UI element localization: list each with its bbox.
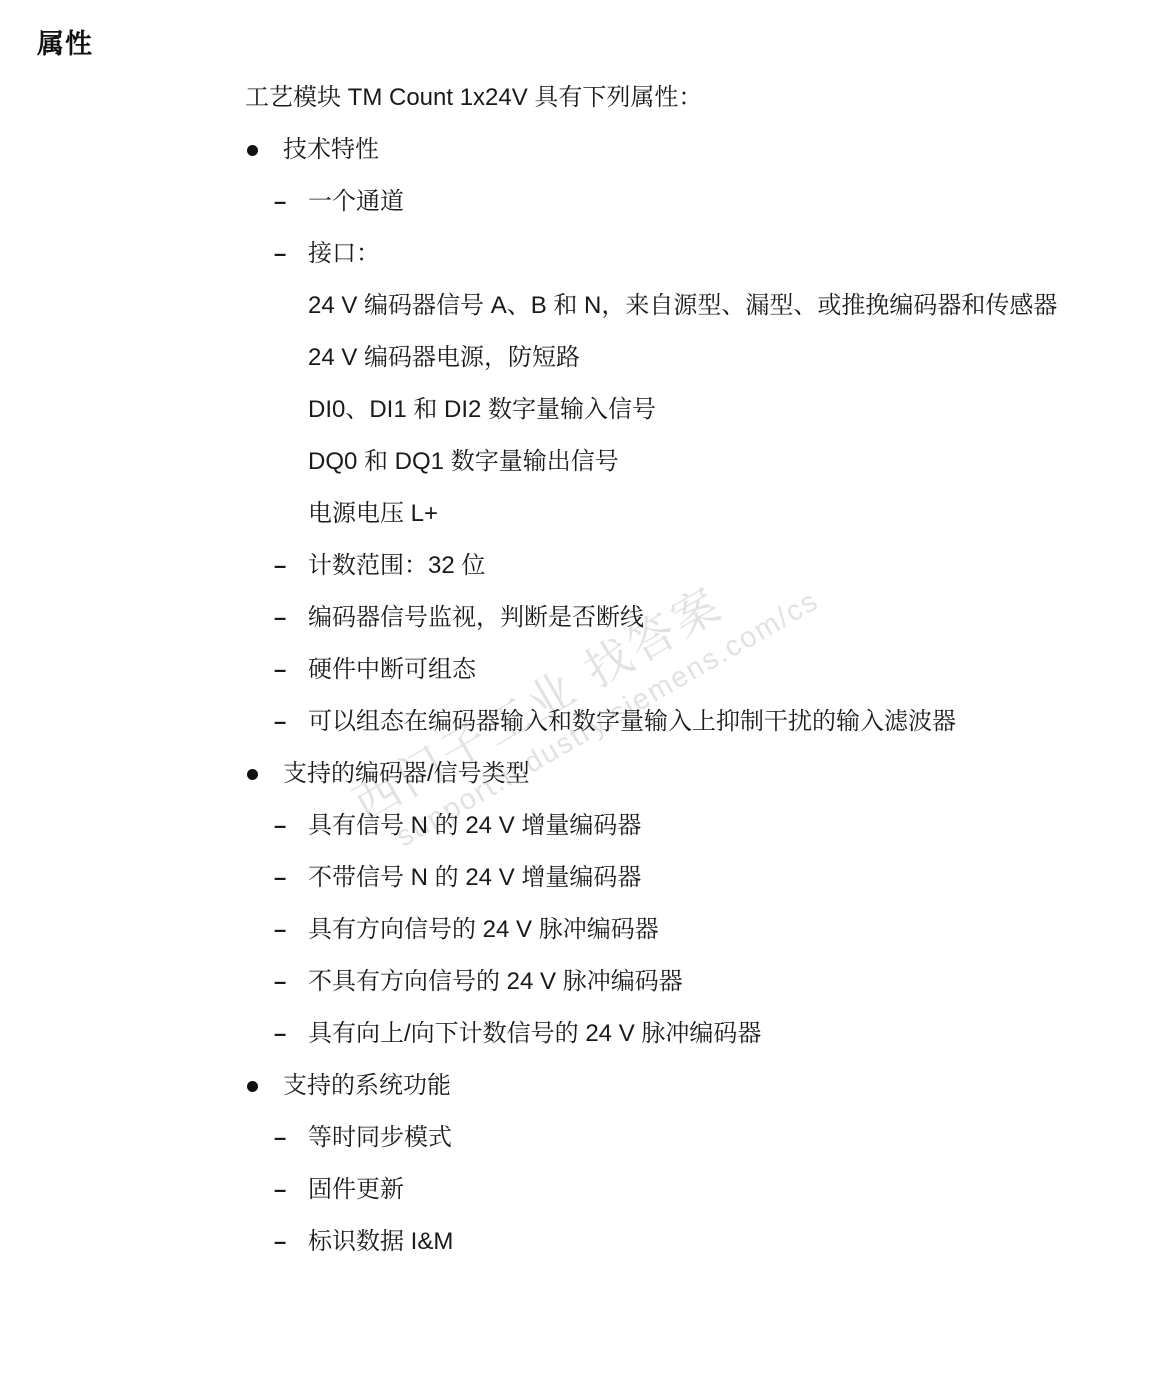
page-title: 属性 — [37, 22, 93, 61]
dash-icon: – — [274, 800, 286, 852]
list-item: DQ0 和 DQ1 数字量输出信号 — [245, 436, 1125, 488]
list-item-text: 等时同步模式 — [308, 1124, 452, 1151]
list-item: –等时同步模式 — [245, 1112, 1125, 1164]
list-item: –接口： — [245, 228, 1125, 280]
dash-icon: – — [274, 1112, 286, 1164]
dash-icon: – — [274, 228, 286, 280]
document-page: 属性 西门子工业 找答案 support.industry.siemens.co… — [0, 0, 1170, 1376]
list-item: 24 V 编码器电源，防短路 — [245, 332, 1125, 384]
list-item-text: DQ0 和 DQ1 数字量输出信号 — [308, 448, 619, 475]
list-item-text: 具有信号 N 的 24 V 增量编码器 — [308, 812, 641, 839]
content-list: 工艺模块 TM Count 1x24V 具有下列属性：技术特性–一个通道–接口：… — [245, 72, 1125, 1268]
list-item: 24 V 编码器信号 A、B 和 N，来自源型、漏型、或推挽编码器和传感器 — [245, 280, 1125, 332]
dash-icon: – — [274, 540, 286, 592]
dash-icon: – — [274, 956, 286, 1008]
list-item-text: 一个通道 — [308, 188, 404, 215]
dash-icon: – — [274, 592, 286, 644]
list-item: –具有信号 N 的 24 V 增量编码器 — [245, 800, 1125, 852]
list-item-text: 硬件中断可组态 — [308, 656, 476, 683]
list-item: 支持的系统功能 — [245, 1060, 1125, 1112]
list-item: –一个通道 — [245, 176, 1125, 228]
list-item-text: 技术特性 — [283, 136, 379, 163]
list-item-text: 标识数据 I&M — [308, 1228, 453, 1255]
list-item-text: 支持的编码器/信号类型 — [283, 760, 530, 787]
list-item-text: 具有向上/向下计数信号的 24 V 脉冲编码器 — [308, 1020, 761, 1047]
list-item-text: 支持的系统功能 — [283, 1072, 451, 1099]
dash-icon: – — [274, 1008, 286, 1060]
list-item: –具有方向信号的 24 V 脉冲编码器 — [245, 904, 1125, 956]
list-item: –具有向上/向下计数信号的 24 V 脉冲编码器 — [245, 1008, 1125, 1060]
list-item: –固件更新 — [245, 1164, 1125, 1216]
list-item-text: 固件更新 — [308, 1176, 404, 1203]
list-item: –硬件中断可组态 — [245, 644, 1125, 696]
list-item: –不具有方向信号的 24 V 脉冲编码器 — [245, 956, 1125, 1008]
dash-icon: – — [274, 852, 286, 904]
list-item-text: 24 V 编码器信号 A、B 和 N，来自源型、漏型、或推挽编码器和传感器 — [308, 292, 1057, 319]
dash-icon: – — [274, 696, 286, 748]
list-item: 支持的编码器/信号类型 — [245, 748, 1125, 800]
list-item: DI0、DI1 和 DI2 数字量输入信号 — [245, 384, 1125, 436]
list-item-text: 不具有方向信号的 24 V 脉冲编码器 — [308, 968, 683, 995]
list-item-text: 24 V 编码器电源，防短路 — [308, 344, 580, 371]
list-item: –编码器信号监视，判断是否断线 — [245, 592, 1125, 644]
dash-icon: – — [274, 644, 286, 696]
bullet-icon — [247, 145, 258, 156]
dash-icon: – — [274, 904, 286, 956]
list-item-text: 具有方向信号的 24 V 脉冲编码器 — [308, 916, 659, 943]
list-item: 技术特性 — [245, 124, 1125, 176]
dash-icon: – — [274, 1164, 286, 1216]
list-item: –标识数据 I&M — [245, 1216, 1125, 1268]
list-item-text: 接口： — [308, 240, 380, 267]
list-item: 电源电压 L+ — [245, 488, 1125, 540]
list-item-text: 电源电压 L+ — [308, 500, 438, 527]
list-item: –计数范围：32 位 — [245, 540, 1125, 592]
bullet-icon — [247, 1081, 258, 1092]
list-item-text: 编码器信号监视，判断是否断线 — [308, 604, 644, 631]
dash-icon: – — [274, 1216, 286, 1268]
dash-icon: – — [274, 176, 286, 228]
paragraph-text: 工艺模块 TM Count 1x24V 具有下列属性： — [245, 84, 702, 111]
list-item: –可以组态在编码器输入和数字量输入上抑制干扰的输入滤波器 — [245, 696, 1125, 748]
list-item-text: 计数范围：32 位 — [308, 552, 485, 579]
bullet-icon — [247, 769, 258, 780]
list-item-text: DI0、DI1 和 DI2 数字量输入信号 — [308, 396, 656, 423]
paragraph: 工艺模块 TM Count 1x24V 具有下列属性： — [245, 72, 1125, 124]
list-item-text: 不带信号 N 的 24 V 增量编码器 — [308, 864, 641, 891]
list-item: –不带信号 N 的 24 V 增量编码器 — [245, 852, 1125, 904]
list-item-text: 可以组态在编码器输入和数字量输入上抑制干扰的输入滤波器 — [308, 708, 956, 735]
